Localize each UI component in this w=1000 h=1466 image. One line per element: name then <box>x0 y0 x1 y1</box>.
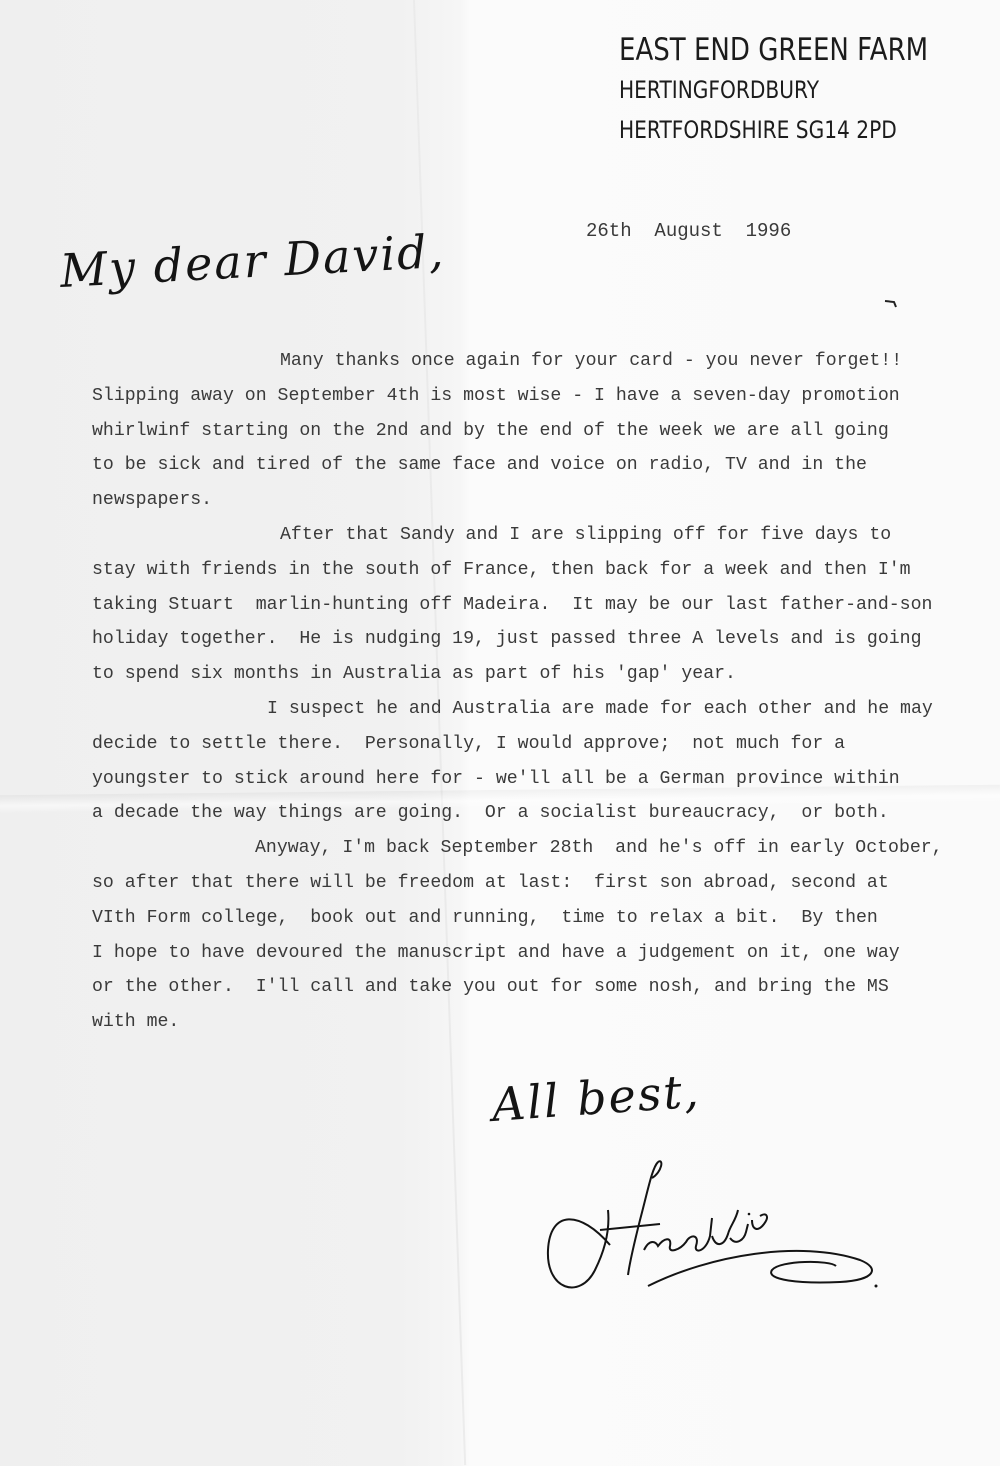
paragraph-4-line-1: Anyway, I'm back September 28th and he's… <box>92 831 992 866</box>
paragraph-4-line-6: with me. <box>92 1005 992 1040</box>
signature <box>540 1150 900 1300</box>
paragraph-2-line-3: taking Stuart marlin-hunting off Madeira… <box>92 588 992 623</box>
paragraph-1-line-3: whirlwinf starting on the 2nd and by the… <box>92 414 992 449</box>
paragraph-1-line-1: Many thanks once again for your card - y… <box>92 344 992 379</box>
paragraph-1-line-5: newspapers. <box>92 483 992 518</box>
ink-mark-icon <box>884 296 898 306</box>
paragraph-3-line-2: decide to settle there. Personally, I wo… <box>92 727 992 762</box>
paragraph-4-line-4: I hope to have devoured the manuscript a… <box>92 936 992 971</box>
paragraph-2-line-2: stay with friends in the south of France… <box>92 553 992 588</box>
paragraph-4-line-2: so after that there will be freedom at l… <box>92 866 992 901</box>
paragraph-3-line-3: youngster to stick around here for - we'… <box>92 762 992 797</box>
paragraph-4-line-3: VIth Form college, book out and running,… <box>92 901 992 936</box>
paragraph-3-line-1: I suspect he and Australia are made for … <box>92 692 992 727</box>
paragraph-3-line-4: a decade the way things are going. Or a … <box>92 796 992 831</box>
paragraph-2-line-1: After that Sandy and I are slipping off … <box>92 518 992 553</box>
paragraph-2-line-4: holiday together. He is nudging 19, just… <box>92 622 992 657</box>
letterhead-farm-name: EAST END GREEN FARM <box>619 30 928 70</box>
paragraph-1-line-2: Slipping away on September 4th is most w… <box>92 379 992 414</box>
letter-body: Many thanks once again for your card - y… <box>92 344 992 1040</box>
paragraph-1-line-4: to be sick and tired of the same face an… <box>92 448 992 483</box>
paragraph-4-line-5: or the other. I'll call and take you out… <box>92 970 992 1005</box>
letterhead-county-postcode: HERTFORDSHIRE SG14 2PD <box>619 110 928 150</box>
signature-flourish-icon <box>540 1150 900 1300</box>
letterhead: EAST END GREEN FARM HERTINGFORDBURY HERT… <box>619 30 928 150</box>
letter-date: 26th August 1996 <box>586 220 791 242</box>
paragraph-2-line-5: to spend six months in Australia as part… <box>92 657 992 692</box>
letterhead-village: HERTINGFORDBURY <box>619 70 928 110</box>
